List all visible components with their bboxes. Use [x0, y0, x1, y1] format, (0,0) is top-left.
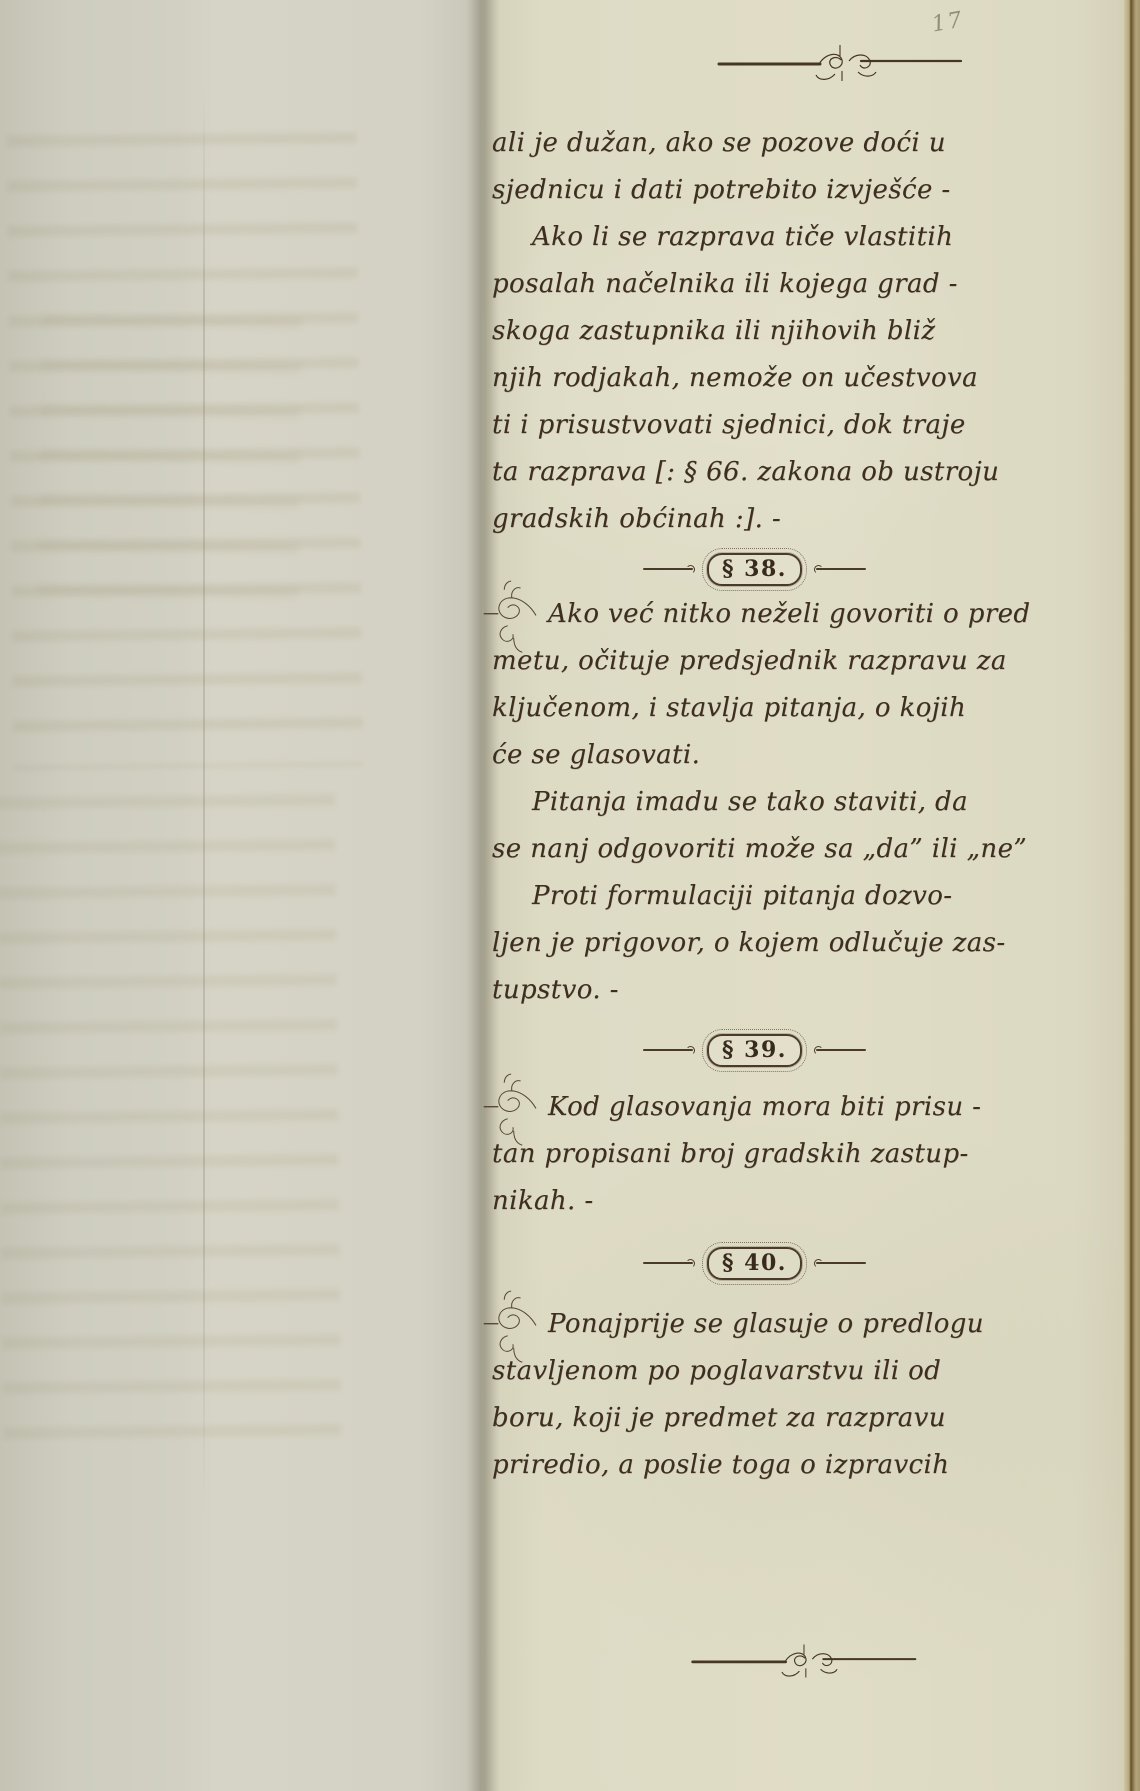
- manuscript-line: ljen je prigovor, o kojem odlučuje zas-: [492, 920, 1017, 967]
- manuscript-line: posalah načelnika ili kojega grad -: [492, 261, 1017, 308]
- heading-flourish-line-icon: [643, 1259, 693, 1267]
- paragraph-flourish-icon: [482, 1289, 542, 1367]
- section-heading-label: § 38.: [707, 553, 802, 586]
- manuscript-line: se nanj odgovoriti može sa „da” ili „ne”: [492, 826, 1017, 873]
- section-heading-row: § 38.: [492, 547, 1017, 591]
- manuscript-line: nikah. -: [492, 1178, 1017, 1225]
- section-heading-label: § 39.: [707, 1034, 802, 1067]
- manuscript-line: će se glasovati.: [492, 732, 1017, 779]
- manuscript-line: Pitanja imadu se tako staviti, da: [492, 779, 1017, 826]
- heading-flourish-line-icon: [816, 1046, 866, 1054]
- binding-edge: [1124, 0, 1140, 1791]
- manuscript-line: boru, koji je predmet za razpravu: [492, 1395, 1017, 1442]
- manuscript-line: sjednicu i dati potrebito izvješće -: [492, 167, 1017, 214]
- paragraph: Kod glasovanja mora biti prisu -tan prop…: [492, 1084, 1017, 1225]
- heading-flourish-line-icon: [643, 1046, 693, 1054]
- manuscript-line: ti i prisustvovati sjednici, dok traje: [492, 402, 1017, 449]
- ghost-bleedthrough-text: [0, 778, 342, 1472]
- manuscript-line: Kod glasovanja mora biti prisu -: [492, 1084, 1017, 1131]
- section-heading-row: § 39.: [492, 1028, 1017, 1072]
- paragraph-flourish-icon: [482, 1072, 542, 1150]
- page-number: 17: [930, 7, 966, 38]
- manuscript-line: ključenom, i stavlja pitanja, o kojih: [492, 685, 1017, 732]
- manuscript-line: njih rodjakah, nemože on učestvova: [492, 355, 1017, 402]
- ghost-bleedthrough-text: [38, 298, 303, 632]
- verso-page: [0, 0, 482, 1791]
- manuscript-line: Ako već nitko neželi govoriti o pred: [492, 591, 1017, 638]
- paragraph-flourish-icon: [482, 579, 542, 657]
- manuscript-line: ta razprava [: § 66. zakona ob ustroju: [492, 449, 1017, 496]
- top-flourish-divider-icon: [712, 42, 968, 84]
- heading-flourish-line-icon: [816, 1259, 866, 1267]
- manuscript-line: metu, očituje predsjednik razpravu za: [492, 638, 1017, 685]
- heading-flourish-line-icon: [816, 565, 866, 573]
- manuscript-line: tupstvo. -: [492, 967, 1017, 1014]
- manuscript-line: skoga zastupnika ili njihovih bliž: [492, 308, 1017, 355]
- manuscript-line: Ponajprije se glasuje o predlogu: [492, 1301, 1017, 1348]
- paragraph: ali je dužan, ako se pozove doći usjedni…: [492, 120, 1017, 543]
- manuscript-line: ali je dužan, ako se pozove doći u: [492, 120, 1017, 167]
- manuscript-line: gradskih obćinah :]. -: [492, 496, 1017, 543]
- section-heading-row: § 40.: [492, 1241, 1017, 1285]
- manuscript-line: tan propisani broj gradskih zastup-: [492, 1131, 1017, 1178]
- heading-flourish-line-icon: [643, 565, 693, 573]
- bottom-flourish-divider-icon: [686, 1642, 922, 1681]
- section-heading-label: § 40.: [707, 1247, 802, 1280]
- manuscript-line: Proti formulaciji pitanja dozvo-: [492, 873, 1017, 920]
- page-crease-line: [203, 90, 205, 1510]
- manuscript-scan: 17 ali je dužan, ako se pozove doći usje…: [0, 0, 1140, 1791]
- manuscript-line: stavljenom po poglavarstvu ili od: [492, 1348, 1017, 1395]
- manuscript-text-column: ali je dužan, ako se pozove doći usjedni…: [492, 120, 1017, 1489]
- manuscript-line: priredio, a poslie toga o izpravcih: [492, 1442, 1017, 1489]
- paragraph: Ako već nitko neželi govoriti o predmetu…: [492, 591, 1017, 1014]
- manuscript-line: Ako li se razprava tiče vlastitih: [492, 214, 1017, 261]
- paragraph: Ponajprije se glasuje o predlogustavljen…: [492, 1301, 1017, 1489]
